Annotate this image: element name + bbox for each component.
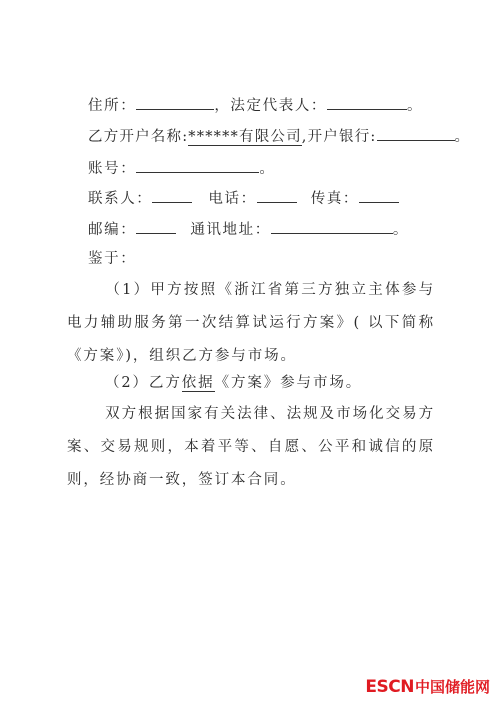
phone-label: 电话： <box>208 191 256 207</box>
postcode-label: 邮编： <box>88 222 136 238</box>
bank-label: ,开户银行: <box>302 129 377 145</box>
comma: ， <box>214 98 230 114</box>
period: 。 <box>407 98 423 114</box>
legal-rep-label: 法定代表人： <box>230 98 327 114</box>
watermark-latin: ESCN <box>365 677 414 697</box>
contact-blank <box>152 188 192 203</box>
fax-label: 传真： <box>311 191 359 207</box>
account-name-value: ******有限公司 <box>188 129 302 146</box>
phone-blank <box>257 188 297 203</box>
account-name-label: 乙方开户名称: <box>88 129 188 145</box>
contact-label: 联系人： <box>88 191 152 207</box>
address-blank <box>136 95 214 110</box>
closing-paragraph-text: 双方根据国家有关法律、法规及市场化交易方案、交易规则，本着平等、自愿、公平和诚信… <box>67 406 435 488</box>
account-no-label: 账号： <box>88 161 136 177</box>
bank-blank <box>377 126 455 141</box>
clause-1-number: （1） <box>105 282 150 298</box>
watermark-chinese: 中国储能网 <box>415 678 490 696</box>
postcode-blank <box>136 219 176 234</box>
account-number-line: 账号：。 <box>88 158 275 178</box>
account-name-line: 乙方开户名称:******有限公司,开户银行:。 <box>88 126 470 146</box>
mail-address-label: 通讯地址： <box>190 222 271 238</box>
address-label: 住所： <box>88 98 136 114</box>
legal-rep-blank <box>327 95 407 110</box>
closing-paragraph: 双方根据国家有关法律、法规及市场化交易方案、交易规则，本着平等、自愿、公平和诚信… <box>67 398 435 497</box>
mail-address-blank <box>271 219 393 234</box>
whereas-label: 鉴于： <box>88 251 136 267</box>
escn-watermark-logo: ESCN中国储能网 <box>365 676 490 697</box>
account-no-blank <box>136 158 259 173</box>
address-line: 住所：，法定代表人：。 <box>88 95 423 115</box>
postcode-line: 邮编：通讯地址：。 <box>88 219 409 239</box>
clause-2: （2）乙方依据《方案》参与市场。 <box>67 367 435 400</box>
clause-2-number: （2） <box>105 375 149 391</box>
period: 。 <box>259 161 275 177</box>
document-page: 住所：，法定代表人：。 乙方开户名称:******有限公司,开户银行:。 账号：… <box>0 0 500 707</box>
whereas-line: 鉴于： <box>88 250 136 268</box>
period: 。 <box>455 129 471 145</box>
clause-2-text-before: 乙方 <box>149 375 182 391</box>
clause-1: （1）甲方按照《浙江省第三方独立主体参与电力辅助服务第一次结算试运行方案》( 以… <box>67 274 435 373</box>
period: 。 <box>393 222 409 238</box>
clause-2-text-after: 《方案》参与市场。 <box>215 375 363 391</box>
clause-2-text-underlined: 依据 <box>182 375 215 392</box>
fax-blank <box>359 188 399 203</box>
contact-line: 联系人：电话：传真： <box>88 188 399 208</box>
